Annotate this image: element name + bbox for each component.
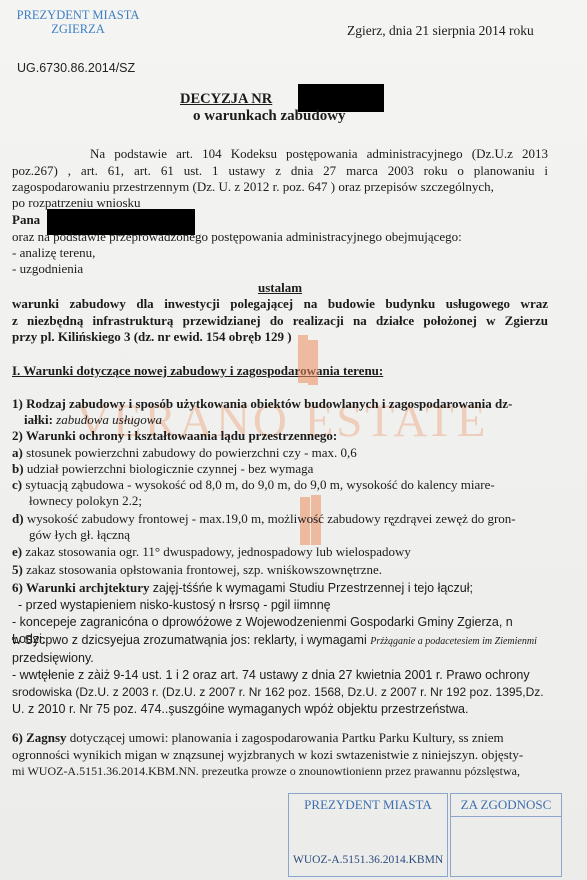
condition-subitem: b) udział powierzchni biologicznie czynn…: [12, 460, 548, 477]
condition-item: 6) Zagnsy dotyczącej umowi: planowania i…: [12, 729, 548, 746]
condition-line: w Sycpwo z dzicsyejua zrozumatwąnia jos:…: [12, 632, 548, 650]
condition-subitem-cont: łownecy polokyn 2.2;: [12, 492, 565, 509]
issuer-stamp: PREZYDENT MIASTA ZGIERZA: [14, 8, 142, 36]
intro-line: Na podstawie art. 104 Kodeksu postępowan…: [12, 145, 548, 162]
condition-subitem: e) zakaz stosowania ogr. 11° dwuspadowy,…: [12, 543, 548, 560]
ruling-line: z niezbędną infrastrukturą przewidzianej…: [12, 312, 548, 329]
subitem-label: a): [12, 445, 23, 460]
subitem-label: e): [12, 544, 22, 559]
section-heading: I. Warunki dotyczące nowej zabudowy i za…: [12, 362, 548, 379]
president-stamp-number: WUOZ-A.5151.36.2014.KBMN: [293, 854, 443, 866]
conformity-stamp-box: ZA ZGODNOSC: [450, 793, 562, 877]
watermark-bar: [308, 340, 318, 385]
subitem-label: b): [12, 461, 24, 476]
subitem-text: stosunek powierzchni zabudowy do powierz…: [26, 445, 357, 460]
condition-line: ogronności wynikich migan w znązsunej wy…: [12, 746, 548, 763]
condition-label: iałki:: [24, 412, 53, 427]
subitem-text: zakaz stosowania opłstowania frontowej, …: [26, 562, 382, 577]
condition-item: iałki: zabudowa usługowa: [12, 411, 560, 428]
condition-text-italic: Prźżąganie a podacetesiem im Ziemienmi: [370, 636, 537, 647]
condition-text: zajęj-tśśńe k wymagami Studiu Przestrzen…: [153, 581, 473, 595]
scanned-document-page: PREZYDENT MIASTA ZGIERZA Zgierz, dnia 21…: [0, 0, 587, 880]
ruling-heading-text: ustalam: [258, 280, 302, 295]
condition-line: - wwtęłenie z zàiż 9-14 ust. 1 i 2 oraz …: [12, 667, 548, 684]
subitem-label: c): [12, 477, 22, 492]
issuer-stamp-line: ZGIERZA: [14, 22, 142, 36]
ruling-line: warunki zabudowy dla inwestycji polegają…: [12, 295, 548, 312]
condition-value: zabudowa usługowa: [56, 412, 162, 427]
intro-bullet: - analizę terenu,: [12, 244, 548, 261]
condition-label: 6) Warunki archjtektury: [12, 580, 149, 595]
condition-subitem: c) sytuacją ząbudowa - wysokość od 8,0 m…: [12, 476, 548, 493]
condition-text: dotyczącej umowi: planowania i zagospoda…: [70, 730, 504, 745]
condition-subitem: d) wysokość zabudowy frontowej - max.19,…: [12, 510, 548, 527]
condition-line: srodowiska (Dz.U. z 2003 r. (Dz.U. z 200…: [12, 684, 548, 701]
condition-line: mi WUOZ-A.5151.36.2014.KBM.NN. prezeutka…: [12, 763, 548, 780]
condition-text: w Sycpwo z dzicsyejua zrozumatwąnia jos:…: [12, 633, 367, 647]
president-stamp-label: PREZYDENT MIASTA: [289, 794, 447, 813]
subitem-text: sytuacją ząbudowa - wysokość od 8,0 m, d…: [25, 477, 494, 492]
subitem-text: udział powierzchni biologicznie czynnej …: [27, 461, 314, 476]
condition-label: 6) Zagnsy: [12, 730, 67, 745]
intro-line: oraz na podstawie przeprowadzonego postę…: [12, 228, 548, 245]
condition-item: 1) Rodzaj zabudowy i sposób użytkowania …: [12, 395, 548, 412]
subitem-label: 5): [12, 562, 23, 577]
intro-line: zagospodarowaniu przestrzennym (Dz. U. z…: [12, 178, 548, 195]
intro-bullet: - uzgodnienia: [12, 260, 548, 277]
ruling-line: przy pl. Kilińskiego 3 (dz. nr ewid. 154…: [12, 328, 548, 345]
issuer-stamp-line: PREZYDENT MIASTA: [14, 8, 142, 22]
place-date: Zgierz, dnia 21 sierpnia 2014 roku: [347, 23, 534, 39]
condition-line: U. z 2010 r. Nr 75 poz. 474..şuszgóine w…: [12, 701, 548, 718]
decision-title: DECYZJA NR: [180, 91, 272, 108]
subitem-text: wysokość zabudowy frontowej - max.19,0 m…: [27, 511, 516, 526]
subitem-text: zakaz stosowania ogr. 11° dwuspadowy, je…: [25, 544, 411, 559]
condition-item: 6) Warunki archjtektury zajęj-tśśńe k wy…: [12, 579, 548, 597]
watermark-bar: [298, 335, 308, 383]
decision-subtitle: o warunkach zabudowy: [193, 108, 346, 125]
condition-subitem: 5) zakaz stosowania opłstowania frontowe…: [12, 561, 548, 578]
reference-number: UG.6730.86.2014/SZ: [17, 61, 135, 75]
intro-line: poz.267) , art. 61, art. 61 ust. 1 ustaw…: [12, 162, 548, 179]
condition-subitem-cont: gów łych gł. łączną: [12, 526, 565, 543]
subitem-label: d): [12, 511, 24, 526]
condition-line: - przed wystapieniem nisko-kustosý n łrs…: [12, 597, 554, 614]
president-stamp-box: PREZYDENT MIASTA WUOZ-A.5151.36.2014.KBM…: [288, 793, 448, 877]
condition-item: 2) Warunki ochrony i kształtowaania lądu…: [12, 427, 548, 444]
section-heading-text: I. Warunki dotyczące nowej zabudowy i za…: [12, 363, 383, 378]
condition-line: przedsięwiony.: [12, 650, 548, 667]
ruling-heading: ustalam: [12, 279, 548, 296]
conformity-stamp-label: ZA ZGODNOSC: [451, 794, 561, 817]
condition-subitem: a) stosunek powierzchni zabudowy do powi…: [12, 444, 548, 461]
